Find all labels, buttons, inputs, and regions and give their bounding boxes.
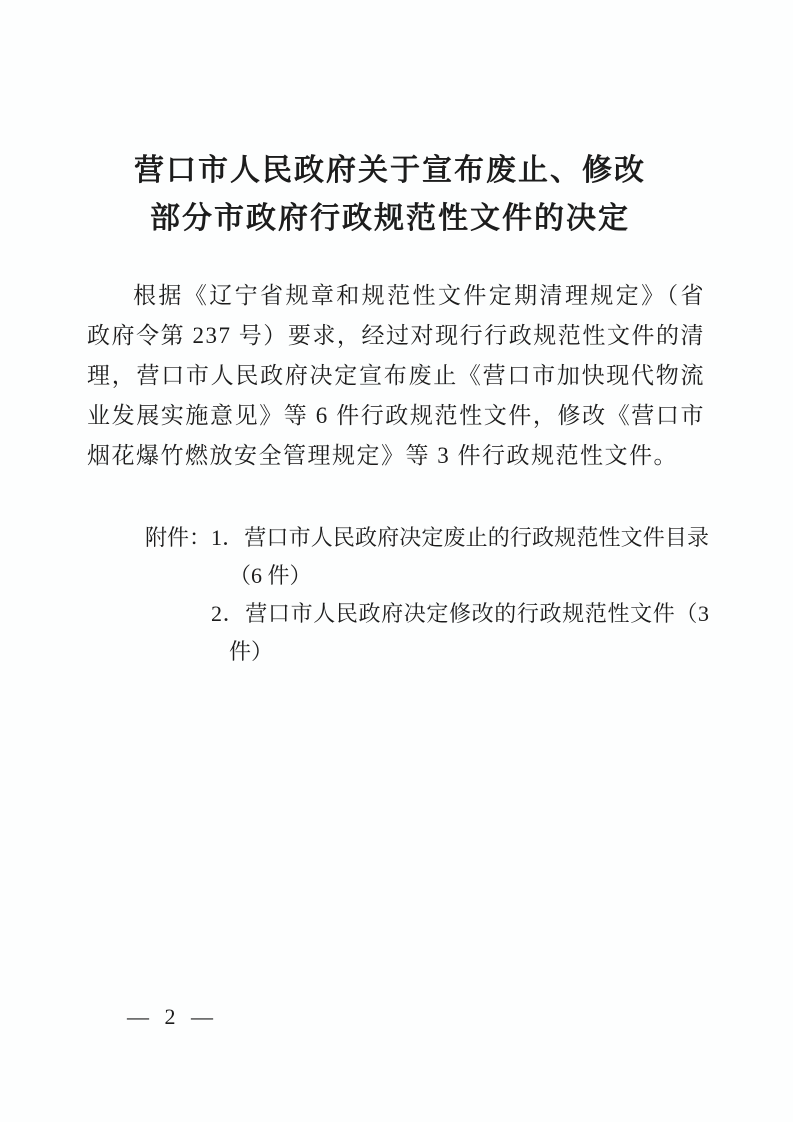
attachment-item-2-number: 2． — [211, 601, 245, 626]
body-paragraph: 根据《辽宁省规章和规范性文件定期清理规定》（省政府令第 237 号）要求，经过对… — [87, 276, 705, 476]
attachment-list: 1．营口市人民政府决定废止的行政规范性文件目录（6 件） 2．营口市人民政府决定… — [211, 519, 709, 671]
attachment-item-2-text: 营口市人民政府决定修改的行政规范性文件（3 件） — [229, 601, 709, 664]
attachment-section: 附件： 1．营口市人民政府决定废止的行政规范性文件目录（6 件） 2．营口市人民… — [145, 519, 711, 671]
attachment-item-2: 2．营口市人民政府决定修改的行政规范性文件（3 件） — [211, 595, 709, 671]
document-page: 营口市人民政府关于宣布废止、修改 部分市政府行政规范性文件的决定 根据《辽宁省规… — [0, 0, 793, 1122]
attachment-item-1-text: 营口市人民政府决定废止的行政规范性文件目录（6 件） — [229, 525, 709, 588]
document-title-line-2: 部分市政府行政规范性文件的决定 — [80, 195, 700, 243]
attachment-item-1-number: 1． — [211, 525, 244, 550]
document-title-line-1: 营口市人民政府关于宣布废止、修改 — [80, 147, 700, 195]
page-number: — 2 — — [127, 1004, 218, 1030]
attachment-item-1: 1．营口市人民政府决定废止的行政规范性文件目录（6 件） — [211, 519, 709, 595]
document-title: 营口市人民政府关于宣布废止、修改 部分市政府行政规范性文件的决定 — [80, 147, 700, 243]
attachment-label: 附件： — [145, 519, 211, 557]
